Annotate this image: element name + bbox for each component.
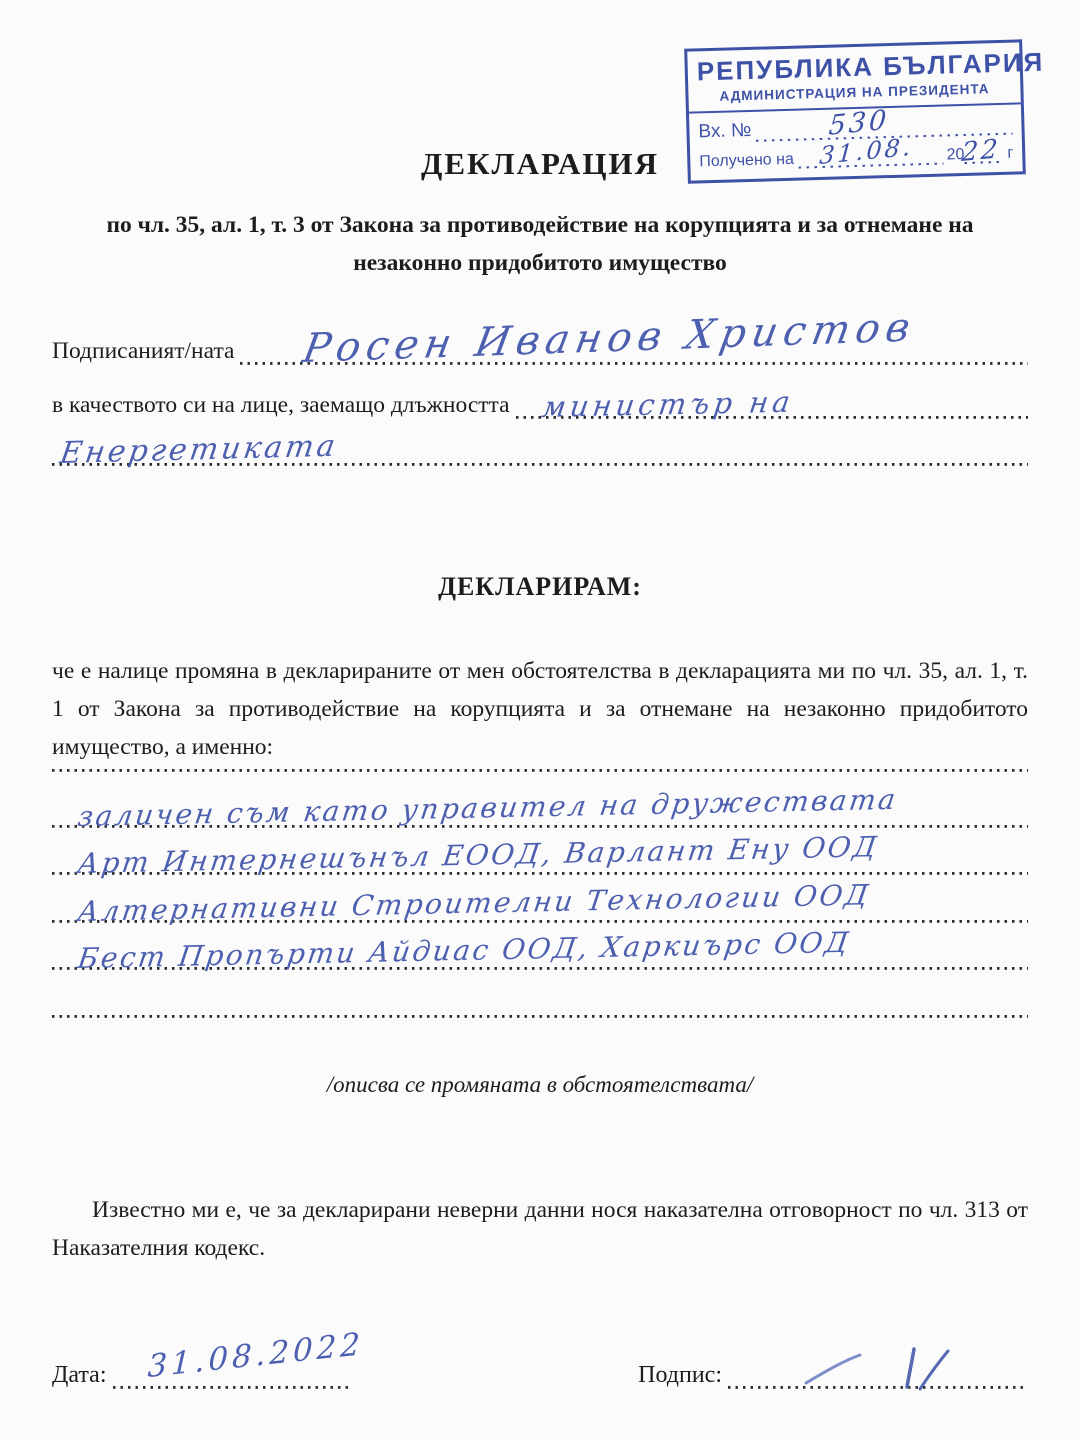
date-label: Дата: [52, 1362, 113, 1389]
capacity-line: в качеството си на лице, заемащо длъжнос… [52, 392, 1028, 419]
signee-line: Подписаният/ната Росен Иванов Христов [52, 338, 1028, 365]
signature-label: Подпис: [638, 1362, 728, 1389]
document-subtitle: по чл. 35, ал. 1, т. 3 от Закона за прот… [52, 206, 1028, 282]
change-line-1-handwritten: заличен съм като управител на дружестват… [76, 786, 899, 831]
change-line-3-handwritten: Алтернативни Строителни Технологии ООД [76, 881, 872, 926]
empty-dotted-line-bottom [52, 998, 1028, 1018]
capacity-dotted-line: министър на [516, 393, 1028, 419]
signee-handwritten-name: Росен Иванов Христов [300, 307, 919, 369]
change-line-3: Алтернативни Строителни Технологии ООД [52, 897, 1028, 923]
footer-row: Дата: 31.08.2022 Подпис: [52, 1362, 1028, 1389]
change-line-3-dotted: Алтернативни Строителни Технологии ООД [52, 897, 1028, 923]
date-handwritten-value: 31.08.2022 [147, 1329, 364, 1383]
change-line-2: Арт Интернешънъл ЕООД, Варлант Ену ООД [52, 849, 1028, 875]
declare-heading: ДЕКЛАРИРАМ: [52, 572, 1028, 602]
date-dotted-line: 31.08.2022 [113, 1363, 351, 1389]
signee-dotted-line: Росен Иванов Христов [240, 339, 1028, 365]
capacity-label: в качеството си на лице, заемащо длъжнос… [52, 392, 516, 419]
change-line-1-dotted: заличен съм като управител на дружестват… [52, 802, 1028, 828]
declaration-document-page: РЕПУБЛИКА БЪЛГАРИЯ АДМИНИСТРАЦИЯ НА ПРЕЗ… [0, 0, 1080, 1440]
change-line-4: Бест Пропърти Айдиас ООД, Харкиърс ООД [52, 944, 1028, 970]
document-subtitle-text: по чл. 35, ал. 1, т. 3 от Закона за прот… [88, 206, 993, 282]
capacity-handwritten-value: министър на [540, 388, 796, 422]
change-line-2-dotted: Арт Интернешънъл ЕООД, Варлант Ену ООД [52, 849, 1028, 875]
empty-dotted-line-top [52, 752, 1028, 772]
signee-label: Подписаният/ната [52, 338, 240, 365]
liability-paragraph: Известно ми е, че за декларирани неверни… [52, 1192, 1028, 1267]
change-line-4-handwritten: Бест Пропърти Айдиас ООД, Харкиърс ООД [76, 929, 852, 973]
document-title: ДЕКЛАРАЦИЯ [52, 146, 1028, 182]
change-line-2-handwritten: Арт Интернешънъл ЕООД, Варлант Ену ООД [76, 833, 880, 878]
stamp-entry-number-label: Вх. № [698, 120, 755, 144]
body-paragraph: че е налице промяна в декларираните от м… [52, 652, 1028, 766]
capacity-continuation-line: Енергетиката [52, 440, 1028, 466]
change-line-1: заличен съм като управител на дружестват… [52, 802, 1028, 828]
capacity-handwritten-value2: Енергетиката [58, 432, 340, 469]
instruction-note: /описва се промяната в обстоятелствата/ [52, 1072, 1028, 1098]
change-line-4-dotted: Бест Пропърти Айдиас ООД, Харкиърс ООД [52, 944, 1028, 970]
capacity-continuation-dotted-line: Енергетиката [52, 440, 1028, 466]
signature-scribble [788, 1341, 1008, 1401]
signature-dotted-line [728, 1363, 1028, 1389]
